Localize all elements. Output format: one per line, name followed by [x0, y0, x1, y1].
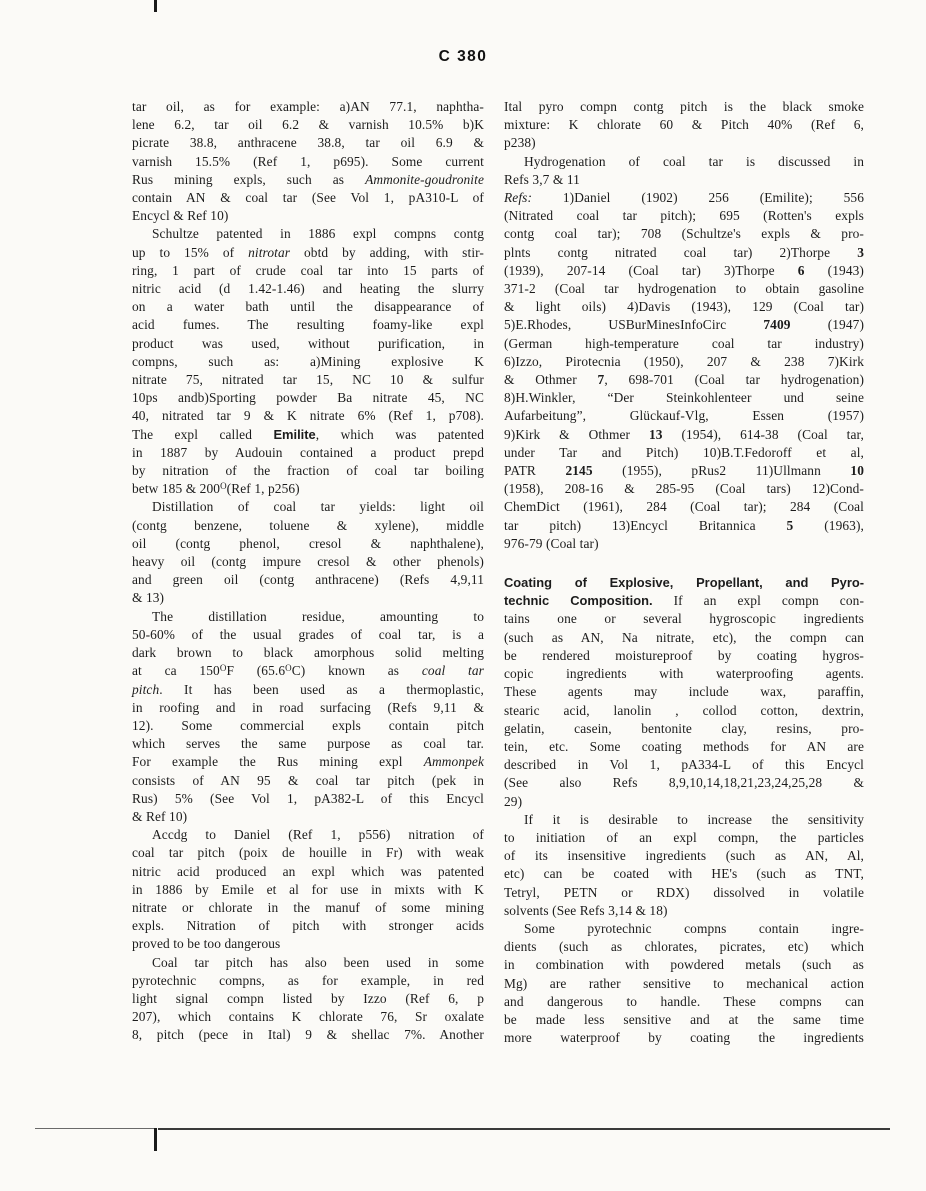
paragraph: Schultze patented in 1886 expl compns co… [132, 225, 484, 498]
text-line: be made less sensitive and at the same t… [504, 1011, 864, 1029]
text-line: by nitration of the fraction of coal tar… [132, 462, 484, 480]
text-line: These agents may include wax, paraffin, [504, 683, 864, 701]
text-line: tar pitch) 13)Encycl Britannica 5 (1963)… [504, 517, 864, 535]
text-line: (contg benzene, toluene & xylene), middl… [132, 517, 484, 535]
paragraph: Ital pyro compn contg pitch is the black… [504, 98, 864, 153]
text-line: etc) can be coated with HE's (such as TN… [504, 865, 864, 883]
text-line: gelatin, casein, bentonite clay, resins,… [504, 720, 864, 738]
text-line: (See also Refs 8,9,10,14,18,21,23,24,25,… [504, 774, 864, 792]
text-line: pitch. It has been used as a thermoplast… [132, 681, 484, 699]
text-line: (1958), 208-16 & 285-95 (Coal tars) 12)C… [504, 480, 864, 498]
text-line: 8, pitch (pece in Ital) 9 & shellac 7%. … [132, 1026, 484, 1044]
text-line: nitric acid (d 1.42-1.46) and heating th… [132, 280, 484, 298]
text-line: (such as AN, Na nitrate, etc), the compn… [504, 629, 864, 647]
text-line: Ital pyro compn contg pitch is the black… [504, 98, 864, 116]
text-line: tein, etc. Some coating methods for AN a… [504, 738, 864, 756]
text-line: ChemDict (1961), 284 (Coal tar); 284 (Co… [504, 498, 864, 516]
text-line: under Tar and Pitch) 10)B.T.Fedoroff et … [504, 444, 864, 462]
text-line: expls. Nitration of pitch with stronger … [132, 917, 484, 935]
registration-mark-top-icon [154, 0, 157, 12]
text-line: dients (such as chlorates, picrates, etc… [504, 938, 864, 956]
paragraph: Coating of Explosive, Propellant, and Py… [504, 574, 864, 811]
text-line: Hydrogenation of coal tar is discussed i… [504, 153, 864, 171]
text-line: Some pyrotechnic compns contain ingre- [504, 920, 864, 938]
text-line: 8)H.Winkler, “Der Steinkohlenteer und se… [504, 389, 864, 407]
text-line: nitric acid produced an expl which was p… [132, 863, 484, 881]
text-line: Schultze patented in 1886 expl compns co… [132, 225, 484, 243]
text-line: 976-79 (Coal tar) [504, 535, 864, 553]
text-line: For example the Rus mining expl Ammonpek [132, 753, 484, 771]
text-line: on a water bath until the disappearance … [132, 298, 484, 316]
text-line: (German high-temperature coal tar indust… [504, 335, 864, 353]
text-line: consists of AN 95 & coal tar pitch (pek … [132, 772, 484, 790]
text-line: technic Composition. If an expl compn co… [504, 592, 864, 610]
text-line: up to 15% of nitrotar obtd by adding, wi… [132, 244, 484, 262]
text-line: 6)Izzo, Pirotecnia (1950), 207 & 238 7)K… [504, 353, 864, 371]
paragraph: Distillation of coal tar yields: light o… [132, 498, 484, 607]
text-line: which serves the same purpose as coal ta… [132, 735, 484, 753]
text-line: 371-2 (Coal tar hydrogenation to obtain … [504, 280, 864, 298]
text-line: nitrate 75, nitrated tar 15, NC 10 & sul… [132, 371, 484, 389]
text-line: product was used, without purification, … [132, 335, 484, 353]
text-line: If it is desirable to increase the sensi… [504, 811, 864, 829]
text-line: heavy oil (contg impure cresol & other p… [132, 553, 484, 571]
text-line: Coating of Explosive, Propellant, and Py… [504, 574, 864, 592]
footer-rule [158, 1128, 890, 1130]
paragraph: Accdg to Daniel (Ref 1, p556) nitration … [132, 826, 484, 953]
text-line: 5)E.Rhodes, USBurMinesInfoCirc 7409 (194… [504, 316, 864, 334]
text-line: dark brown to black amorphous solid melt… [132, 644, 484, 662]
text-line: PATR 2145 (1955), pRus2 11)Ullmann 10 [504, 462, 864, 480]
text-line: p238) [504, 134, 864, 152]
paragraph: tar oil, as for example: a)AN 77.1, naph… [132, 98, 484, 225]
text-line: light signal compn listed by Izzo (Ref 6… [132, 990, 484, 1008]
text-line: acid fumes. The resulting foamy-like exp… [132, 316, 484, 334]
text-line: (1939), 207-14 (Coal tar) 3)Thorpe 6 (19… [504, 262, 864, 280]
text-line: be rendered moistureproof by coating hyg… [504, 647, 864, 665]
text-line: Rus) 5% (See Vol 1, pA382-L of this Ency… [132, 790, 484, 808]
text-line: Accdg to Daniel (Ref 1, p556) nitration … [132, 826, 484, 844]
text-line: pyrotechnic compns, as for example, in r… [132, 972, 484, 990]
text-line: copic ingredients with waterproofing age… [504, 665, 864, 683]
text-line: picrate 38.8, anthracene 38.8, tar oil 6… [132, 134, 484, 152]
text-line: mixture: K chlorate 60 & Pitch 40% (Ref … [504, 116, 864, 134]
text-line: 12). Some commercial expls contain pitch [132, 717, 484, 735]
text-line: solvents (See Refs 3,14 & 18) [504, 902, 864, 920]
paragraph: Hydrogenation of coal tar is discussed i… [504, 153, 864, 189]
text-line: oil (contg phenol, cresol & naphthalene)… [132, 535, 484, 553]
text-line: The expl called Emilite, which was paten… [132, 426, 484, 444]
text-line: & Othmer 7, 698-701 (Coal tar hydrogenat… [504, 371, 864, 389]
text-line: proved to be too dangerous [132, 935, 484, 953]
text-line: 29) [504, 793, 864, 811]
text-line: to initiation of an expl compn, the part… [504, 829, 864, 847]
text-line: of its insensitive ingredients (such as … [504, 847, 864, 865]
column-left: tar oil, as for example: a)AN 77.1, naph… [132, 98, 484, 1045]
paragraph: Coal tar pitch has also been used in som… [132, 954, 484, 1045]
text-line: in 1886 by Emile et al for use in mixts … [132, 881, 484, 899]
text-line: & 13) [132, 589, 484, 607]
text-line: 50-60% of the usual grades of coal tar, … [132, 626, 484, 644]
text-line: tar oil, as for example: a)AN 77.1, naph… [132, 98, 484, 116]
text-line: Encycl & Ref 10) [132, 207, 484, 225]
paragraph: If it is desirable to increase the sensi… [504, 811, 864, 920]
text-line: plnts contg nitrated coal tar) 2)Thorpe … [504, 244, 864, 262]
text-line: lene 6.2, tar oil 6.2 & varnish 10.5% b)… [132, 116, 484, 134]
text-line: 207), which contains K chlorate 76, Sr o… [132, 1008, 484, 1026]
text-line: ring, 1 part of crude coal tar into 15 p… [132, 262, 484, 280]
text-line: in roofing and in road surfacing (Refs 9… [132, 699, 484, 717]
text-line: 40, nitrated tar 9 & K nitrate 6% (Ref 1… [132, 407, 484, 425]
text-line: compns, such as: a)Mining explosive K [132, 353, 484, 371]
registration-mark-bottom-icon [154, 1128, 157, 1151]
text-line: more waterproof by coating the ingredien… [504, 1029, 864, 1047]
text-line: contain AN & coal tar (See Vol 1, pA310-… [132, 189, 484, 207]
text-line: & light oils) 4)Davis (1943), 129 (Coal … [504, 298, 864, 316]
text-line: contg coal tar); 708 (Schultze's expls &… [504, 225, 864, 243]
paragraph: Some pyrotechnic compns contain ingre-di… [504, 920, 864, 1047]
column-right: Ital pyro compn contg pitch is the black… [504, 98, 864, 1047]
text-line: Aufarbeitung”, Glückauf-Vlg, Essen (1957… [504, 407, 864, 425]
text-line: 10ps andb)Sporting powder Ba nitrate 45,… [132, 389, 484, 407]
text-line: Rus mining expls, such as Ammonite-goudr… [132, 171, 484, 189]
text-line: described in Vol 1, pA334-L of this Ency… [504, 756, 864, 774]
text-line: & Ref 10) [132, 808, 484, 826]
text-line: Tetryl, PETN or RDX) dissolved in volati… [504, 884, 864, 902]
text-line: in combination with powdered metals (suc… [504, 956, 864, 974]
text-line: Mg) are rather sensitive to mechanical a… [504, 975, 864, 993]
text-line: at ca 150OF (65.6OC) known as coal tar [132, 662, 484, 680]
text-line: coal tar pitch (poix de houille in Fr) w… [132, 844, 484, 862]
text-line: and dangerous to handle. These compns ca… [504, 993, 864, 1011]
text-line: 9)Kirk & Othmer 13 (1954), 614-38 (Coal … [504, 426, 864, 444]
text-line: varnish 15.5% (Ref 1, p695). Some curren… [132, 153, 484, 171]
text-line: Coal tar pitch has also been used in som… [132, 954, 484, 972]
text-line: (Nitrated coal tar pitch); 695 (Rotten's… [504, 207, 864, 225]
text-line: The distillation residue, amounting to [132, 608, 484, 626]
scanned-page: C 380 tar oil, as for example: a)AN 77.1… [0, 0, 926, 1191]
text-line: Distillation of coal tar yields: light o… [132, 498, 484, 516]
text-line: Refs 3,7 & 11 [504, 171, 864, 189]
footer-rule-left [35, 1128, 155, 1129]
text-line: in 1887 by Audouin contained a product p… [132, 444, 484, 462]
paragraph: Refs: 1)Daniel (1902) 256 (Emilite); 556… [504, 189, 864, 553]
text-line: Refs: 1)Daniel (1902) 256 (Emilite); 556 [504, 189, 864, 207]
text-line: betw 185 & 200O(Ref 1, p256) [132, 480, 484, 498]
page-number: C 380 [0, 48, 926, 66]
text-line: tains one or several hygroscopic ingredi… [504, 610, 864, 628]
text-line: nitrate or chlorate in the manuf of some… [132, 899, 484, 917]
paragraph: The distillation residue, amounting to50… [132, 608, 484, 826]
text-line: stearic acid, lanolin , collod cotton, d… [504, 702, 864, 720]
text-line: and green oil (contg anthracene) (Refs 4… [132, 571, 484, 589]
